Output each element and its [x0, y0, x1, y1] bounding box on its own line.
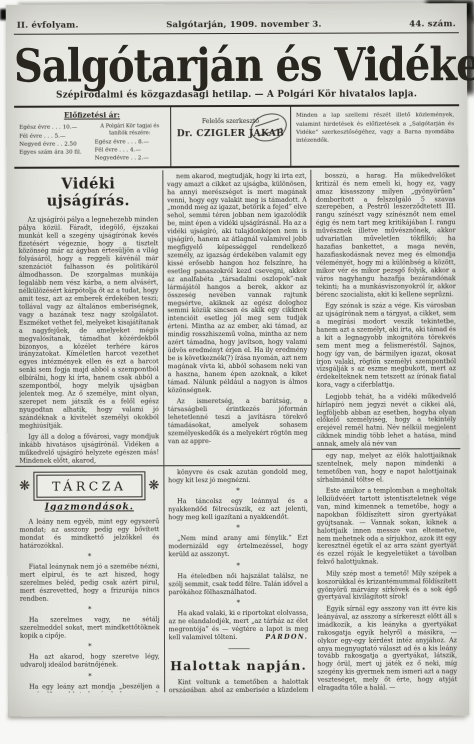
article-paragraph: könyvre és csak azután gondold meg, hogy…	[168, 469, 308, 485]
column-left: Vidéki ujságírás.Az ujságírói pálya a le…	[14, 170, 163, 693]
feuilleton-title: TÁRCZA	[36, 474, 142, 497]
aphorism-separator: *	[20, 606, 160, 613]
article-paragraph: Az ujságírói pálya a legnehezebb minden …	[18, 216, 158, 430]
editor-box: Felelős szerkesztő Dr. CZIGLER JAKAB	[170, 107, 290, 166]
article-paragraph: nem akarod, megtudják, hogy ki írta ezt,…	[167, 173, 307, 395]
price-row: Egész évre . . . 8.—	[95, 138, 165, 147]
aphorism-separator: *	[20, 553, 160, 560]
section-divider-rule	[313, 448, 461, 450]
issue-number: 44. szám.	[409, 19, 456, 29]
subscription-title: Előfizetési ár:	[19, 110, 165, 121]
member-prices-header: A Polgári Kör tagjai és tanítók részére:	[95, 123, 165, 137]
aphorism-separator: *	[169, 600, 309, 607]
article-paragraph: Ha szerelmes vagy, ne sétálj szerelmedde…	[20, 616, 160, 640]
price-row: Egyes szám ára 30 fil.	[19, 149, 89, 158]
price-row: Negyedévre . . 2.—	[95, 155, 165, 164]
article-paragraph: egy nap, melyet az élők halottjaiknak sz…	[317, 452, 457, 484]
article-columns: Vidéki ujságírás.Az ujságírói pálya a le…	[14, 169, 461, 693]
article-paragraph: Az ismeretség, a barátság, a társaságbel…	[168, 398, 308, 446]
section-divider-rule	[164, 465, 312, 467]
feuilleton-subheading: Igazmondások.	[19, 502, 159, 512]
article-paragraph: A leány nem egyéb, mint egy egyszerű mon…	[20, 518, 160, 550]
feuilleton-header: ❋TÁRCZA❋	[19, 474, 159, 497]
article-paragraph: Egy szónak is száz a vége. Kis városban …	[316, 302, 456, 390]
article-paragraph: Este amikor a templomban a megholtak lel…	[317, 487, 457, 567]
price-row: Fél évre . . . 5.—	[19, 132, 89, 141]
publisher-notice: Minden a lap szellemi részét illető közl…	[290, 106, 459, 165]
article-paragraph: Kint voltunk a temetőben a halottak orsz…	[169, 679, 309, 692]
price-row: Fél évre . . . 4.—	[95, 146, 165, 155]
newspaper-page: II. évfolyam. Salgótarján, 1909. novembe…	[6, 3, 469, 717]
fleuron-ornament-icon: ❋	[19, 480, 30, 493]
price-row: Egész évre . . . 10.—	[19, 124, 89, 133]
column-middle: nem akarod, megtudják, hogy ki írta ezt,…	[162, 170, 312, 693]
article-paragraph: Ha egy leány azt mondja „beszéljen a mam…	[20, 683, 160, 693]
aphorism-separator: *	[20, 644, 160, 651]
section-divider-rule	[15, 465, 163, 467]
newspaper-title: Salgótarján és Vidéke.	[14, 40, 459, 91]
article-paragraph: Mily szép most a temető! Mily szépek a k…	[317, 570, 457, 602]
article-paragraph: Egyik sírnál egy asszony van itt évre ki…	[317, 605, 457, 691]
subscription-box: Előfizetési ár: Egész évre . . . 10.—Fél…	[14, 107, 170, 166]
article-paragraph: „Nem mind arany ami fénylik.” Ezt modern…	[168, 535, 308, 559]
newspaper-subtitle: Szépirodalmi és közgazdasági hetilap. — …	[14, 89, 459, 101]
dateline-row: II. évfolyam. Salgótarján, 1909. novembe…	[14, 19, 459, 35]
article-paragraph: Igy áll a dolog a fővárosi, vagy mondjuk…	[19, 433, 159, 463]
article-paragraph: bosszú, a harag. Ha műkedvelőket kritizá…	[316, 172, 456, 299]
section-end-dash: ———	[169, 645, 309, 653]
aphorism-separator: *	[20, 673, 160, 680]
article-headline: Halottak napján.	[169, 658, 309, 673]
article-paragraph: Ha akad valaki, ki e riportokat elolvass…	[169, 610, 309, 642]
column-right: bosszú, a harag. Ha műkedvelőket kritizá…	[311, 169, 461, 692]
subscription-prices-members: A Polgári Kör tagjai és tanítók részére:…	[95, 123, 166, 163]
fleuron-ornament-icon: ❋	[148, 479, 159, 492]
issue-dateline: Salgótarján, 1909. november 3.	[166, 20, 322, 31]
volume-label: II. évfolyam.	[17, 21, 79, 31]
article-paragraph: Ha ételedben női hajszálat találsz, ne s…	[168, 572, 308, 596]
article-paragraph: Fiatal leánynak nem jó a szemébe nézni, …	[20, 563, 160, 603]
subscription-prices-general: Egész évre . . . 10.—Fél évre . . . 5.—N…	[19, 124, 90, 164]
info-bar: Előfizetési ár: Egész évre . . . 10.—Fél…	[14, 104, 459, 168]
article-headline: Vidéki ujságírás.	[18, 175, 158, 209]
article-paragraph: Ha táncolsz egy leánnyal és a nyakkendőd…	[168, 498, 308, 522]
pardon-signature: PARDON.	[256, 633, 308, 641]
aphorism-separator: *	[168, 525, 308, 532]
article-paragraph: Legjobb tehát, ha a vidéki műkedvelő hír…	[316, 393, 456, 447]
price-row: Negyed évre . . 2.50	[19, 140, 89, 149]
article-paragraph: Ha azt akarod, hogy szeretve légy, udvar…	[20, 654, 160, 670]
aphorism-separator: *	[168, 562, 308, 569]
aphorism-separator: *	[168, 488, 308, 495]
